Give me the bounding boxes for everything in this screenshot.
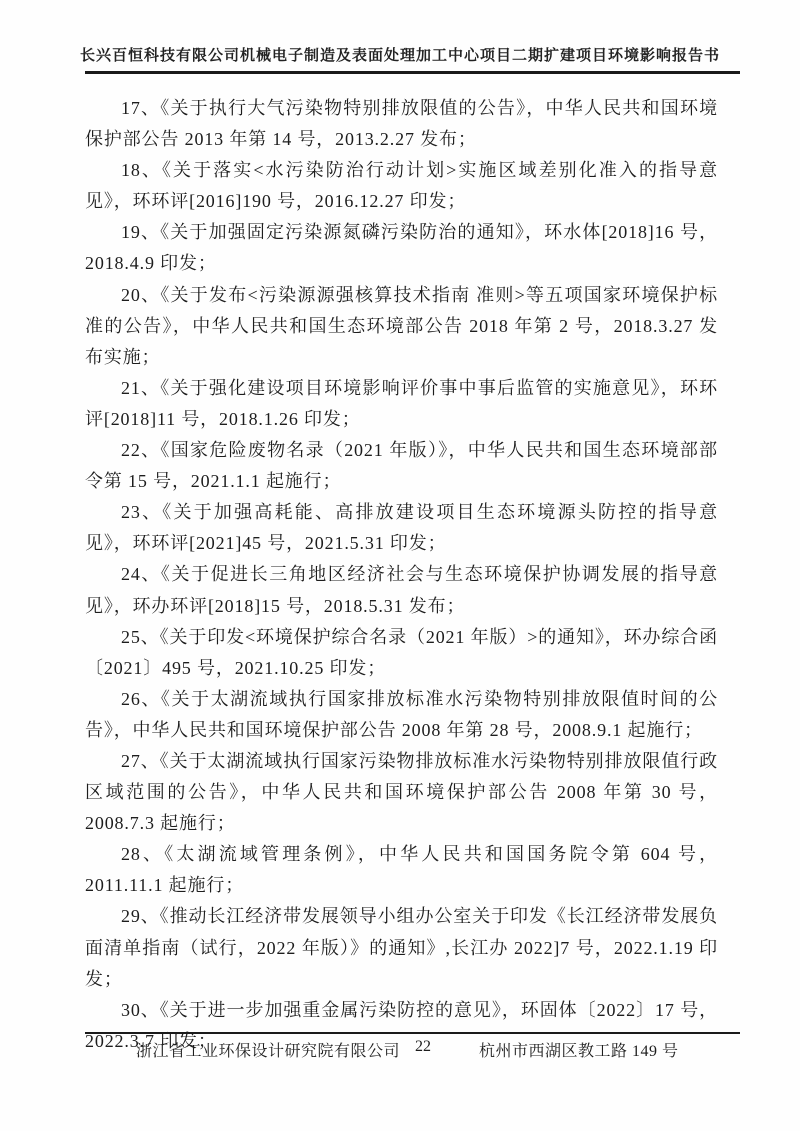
- header-divider: [85, 71, 740, 74]
- list-item-28: 28、《太湖流域管理条例》，中华人民共和国国务院令第 604 号，2011.11…: [85, 839, 718, 901]
- list-item-18: 18、《关于落实<水污染防治行动计划>实施区域差别化准入的指导意见》，环环评[2…: [85, 155, 718, 217]
- list-item-26: 26、《关于太湖流域执行国家排放标准水污染物特别排放限值时间的公告》，中华人民共…: [85, 684, 718, 746]
- page-header-title: 长兴百恒科技有限公司机械电子制造及表面处理加工中心项目二期扩建项目环境影响报告书: [60, 44, 740, 65]
- list-item-29: 29、《推动长江经济带发展领导小组办公室关于印发《长江经济带发展负面清单指南（试…: [85, 901, 718, 994]
- list-item-20: 20、《关于发布<污染源源强核算技术指南 准则>等五项国家环境保护标准的公告》，…: [85, 280, 718, 373]
- list-item-23: 23、《关于加强高耗能、高排放建设项目生态环境源头防控的指导意见》，环环评[20…: [85, 497, 718, 559]
- list-item-27: 27、《关于太湖流域执行国家污染物排放标准水污染物特别排放限值行政区域范围的公告…: [85, 746, 718, 839]
- list-item-21: 21、《关于强化建设项目环境影响评价事中事后监管的实施意见》，环环评[2018]…: [85, 373, 718, 435]
- list-item-24: 24、《关于促进长三角地区经济社会与生态环境保护协调发展的指导意见》，环办环评[…: [85, 559, 718, 621]
- footer-divider: [85, 1032, 740, 1034]
- footer-page-number: 22: [415, 1038, 431, 1056]
- footer-company-name: 浙江省工业环保设计研究院有限公司: [136, 1038, 400, 1061]
- report-page: 长兴百恒科技有限公司机械电子制造及表面处理加工中心项目二期扩建项目环境影响报告书…: [0, 0, 800, 1131]
- list-item-17: 17、《关于执行大气污染物特别排放限值的公告》，中华人民共和国环境保护部公告 2…: [85, 93, 718, 155]
- list-item-22: 22、《国家危险废物名录（2021 年版）》，中华人民共和国生态环境部部令第 1…: [85, 435, 718, 497]
- list-item-19: 19、《关于加强固定污染源氮磷污染防治的通知》，环水体[2018]16 号，20…: [85, 217, 718, 279]
- footer-address: 杭州市西湖区教工路 149 号: [479, 1038, 679, 1061]
- document-body: 17、《关于执行大气污染物特别排放限值的公告》，中华人民共和国环境保护部公告 2…: [85, 93, 718, 1057]
- list-item-25: 25、《关于印发<环境保护综合名录（2021 年版）>的通知》，环办综合函〔20…: [85, 622, 718, 684]
